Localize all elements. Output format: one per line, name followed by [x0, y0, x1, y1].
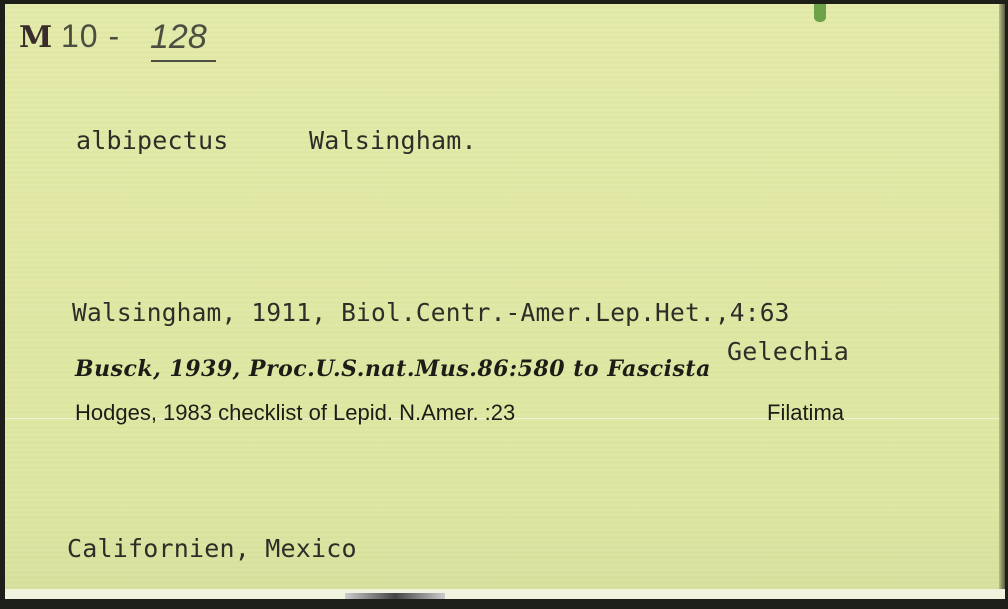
catalog-number: 128 [150, 18, 207, 57]
catalog-number-underline [151, 60, 216, 62]
species-author: Walsingham. [309, 126, 477, 155]
reference-busck: Busck, 1939, Proc.U.S.nat.Mus.86:580 to … [75, 356, 711, 382]
catalog-prefix: M [19, 20, 52, 55]
reference-hodges: Hodges, 1983 checklist of Lepid. N.Amer.… [75, 400, 515, 426]
reference-original-genus: Gelechia [727, 337, 849, 366]
distribution: Californien, Mexico [67, 534, 357, 563]
catalog-code: 10 - [61, 18, 120, 55]
bottom-shadow [345, 593, 445, 599]
species-name: albipectus [76, 126, 229, 155]
reference-original: Walsingham, 1911, Biol.Centr.-Amer.Lep.H… [72, 298, 790, 327]
reference-hodges-genus: Filatima [767, 400, 844, 426]
index-card: M 10 - 128 albipectus Walsingham. Walsin… [5, 4, 1005, 599]
card-bottom-strip [5, 589, 1005, 599]
card-right-edge [999, 4, 1005, 599]
green-tab-mark [814, 4, 826, 22]
